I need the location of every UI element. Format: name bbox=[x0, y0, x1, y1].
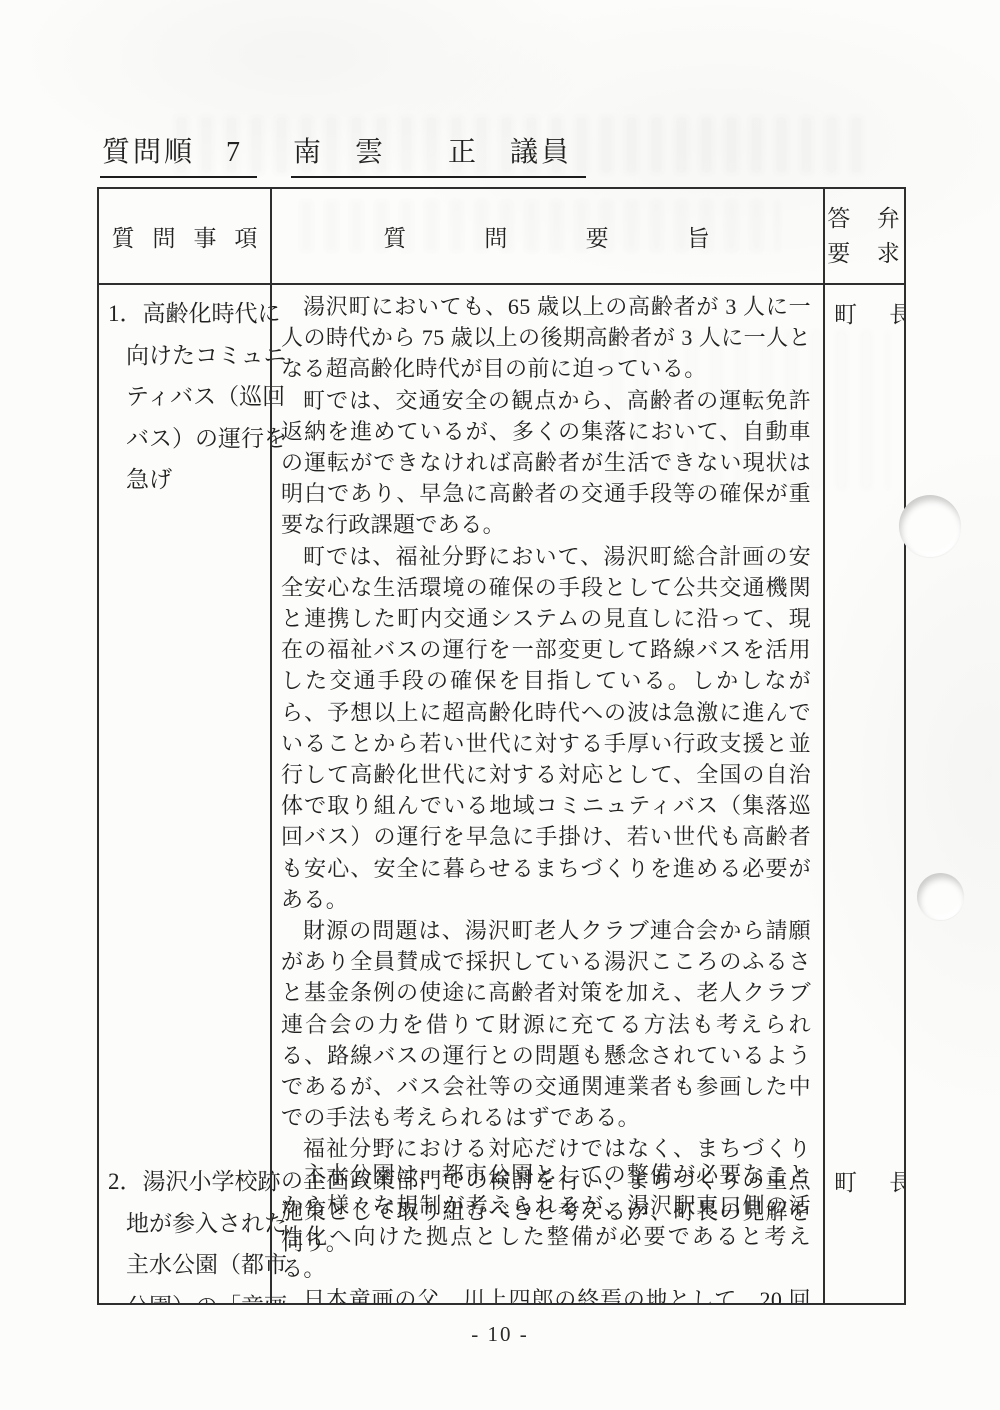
topic-line: 地が参入された bbox=[108, 1203, 266, 1245]
table-header-row: 質問事項 質問要旨 答弁 要求 bbox=[99, 189, 904, 285]
question-table: 質問事項 質問要旨 答弁 要求 1．高齢化時代に 向けたコミュニ ティバス（巡回… bbox=[97, 187, 906, 1305]
questioner-name: 南 雲 正 議員 bbox=[291, 130, 586, 178]
topic-line: 2．湯沢小学校跡 bbox=[108, 1161, 266, 1203]
respondent-cell: 町長 bbox=[823, 1159, 904, 1303]
column-divider bbox=[823, 189, 825, 1303]
table-row-question-2: 2．湯沢小学校跡 地が参入された 主水公園（都市 公園）の「童画 の杜」をコンセ… bbox=[99, 1159, 904, 1303]
topic-line: 1．高齢化時代に bbox=[108, 293, 266, 335]
respondent-cell: 町長 bbox=[823, 291, 904, 1258]
paragraph: 主水公園は、都市公園としての整備が必要なことから様々な規制が考えられるが、湯沢駅… bbox=[281, 1159, 811, 1284]
topic-cell: 2．湯沢小学校跡 地が参入された 主水公園（都市 公園）の「童画 の杜」をコンセ bbox=[99, 1159, 270, 1303]
summary-cell: 主水公園は、都市公園としての整備が必要なことから様々な規制が考えられるが、湯沢駅… bbox=[270, 1159, 823, 1303]
topic-line: 急げ bbox=[108, 459, 266, 501]
scanned-page: 質問順 7 南 雲 正 議員 質問事項 質問要旨 答弁 要求 1．高齢化時代に … bbox=[0, 0, 1000, 1410]
paragraph: 財源の問題は、湯沢町老人クラブ連合会から請願があり全員賛成で採択している湯沢ここ… bbox=[281, 915, 811, 1133]
question-order-label: 質問順 7 bbox=[100, 130, 257, 178]
topic-cell: 1．高齢化時代に 向けたコミュニ ティバス（巡回 バス）の運行を 急げ bbox=[99, 291, 270, 1258]
table-body: 1．高齢化時代に 向けたコミュニ ティバス（巡回 バス）の運行を 急げ 湯沢町に… bbox=[99, 285, 904, 1303]
header-cell-question-items: 質問事項 bbox=[99, 189, 270, 283]
respondent-label: 町長 bbox=[834, 302, 904, 327]
paragraph: 町では、交通安全の観点から、高齢者の運転免許返納を進めているが、多くの集落におい… bbox=[281, 385, 811, 541]
binder-hole-punch-top bbox=[899, 495, 961, 557]
paragraph: 日本童画の父、川上四郎の終焉の地として、20 回を超える実績を積んだ越後湯沢全国… bbox=[281, 1284, 811, 1303]
paragraph: 湯沢町においても、65 歳以上の高齢者が 3 人に一人の時代から 75 歳以上の… bbox=[281, 291, 811, 385]
binder-hole-punch-bottom bbox=[917, 873, 964, 920]
topic-line: 主水公園（都市 bbox=[108, 1244, 266, 1286]
topic-line: ティバス（巡回 bbox=[108, 376, 266, 418]
summary-cell: 湯沢町においても、65 歳以上の高齢者が 3 人に一人の時代から 75 歳以上の… bbox=[270, 291, 823, 1258]
topic-line: バス）の運行を bbox=[108, 418, 266, 460]
document-title-row: 質問順 7 南 雲 正 議員 bbox=[100, 130, 586, 178]
paragraph: 町では、福祉分野において、湯沢町総合計画の安全安心な生活環境の確保の手段として公… bbox=[281, 541, 811, 915]
table-row-question-1: 1．高齢化時代に 向けたコミュニ ティバス（巡回 バス）の運行を 急げ 湯沢町に… bbox=[99, 291, 904, 1258]
column-divider bbox=[270, 189, 272, 1303]
page-number: - 10 - bbox=[0, 1322, 1000, 1347]
respondent-label: 町長 bbox=[834, 1170, 904, 1195]
topic-line: 向けたコミュニ bbox=[108, 335, 266, 377]
header-cell-answer-request: 答弁 要求 bbox=[823, 189, 904, 283]
topic-line: 公園）の「童画 bbox=[108, 1286, 266, 1304]
header-cell-question-summary: 質問要旨 bbox=[270, 189, 823, 283]
